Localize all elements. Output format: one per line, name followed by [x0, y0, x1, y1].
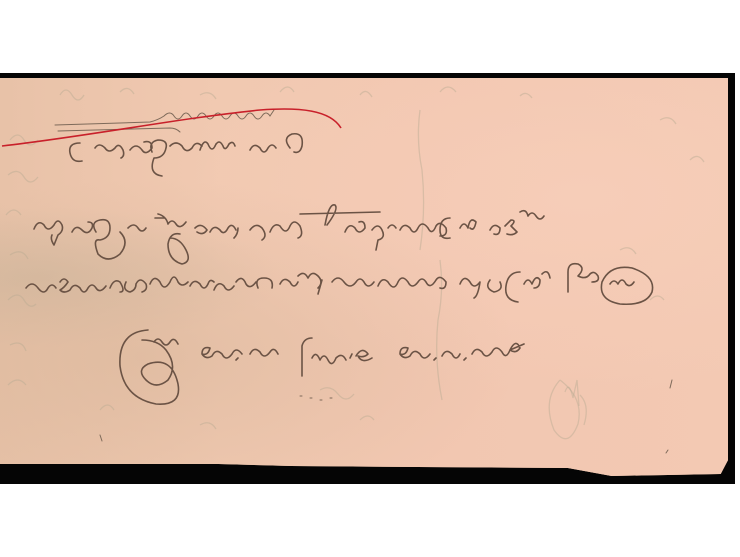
manuscript-line-4 — [120, 330, 524, 404]
red-underline — [2, 109, 341, 146]
manuscript-line-1 — [70, 134, 303, 176]
bleed-through-text — [6, 87, 704, 439]
heading-annotations — [2, 109, 341, 146]
manuscript-ink — [0, 0, 740, 557]
manuscript-line-2 — [34, 205, 544, 264]
manuscript-line-3 — [26, 264, 653, 305]
